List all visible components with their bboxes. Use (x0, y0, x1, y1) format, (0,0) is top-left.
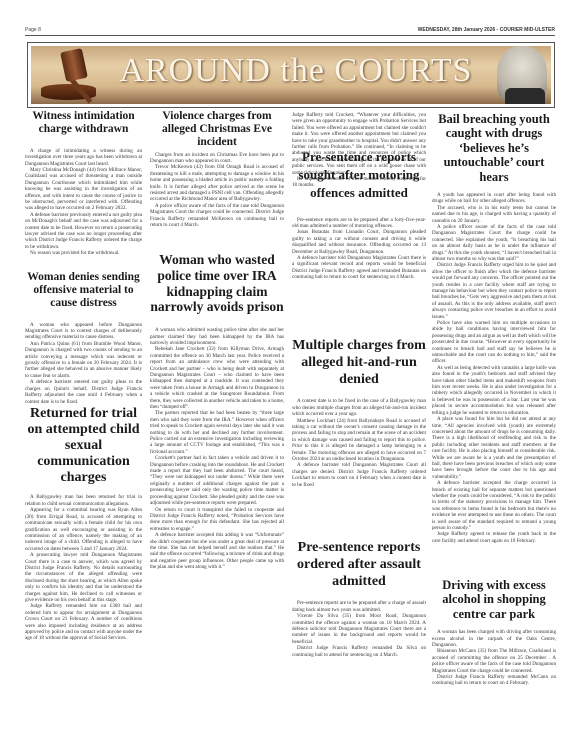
paragraph: Vicente Da Silva (35) from Moor Road, Du… (292, 613, 426, 645)
headline: Witness intimidation charge withdrawn (25, 110, 142, 136)
paragraph: Trevor McKeown (43) from Old Omagh Road … (150, 164, 284, 202)
judge-robe-icon (505, 88, 545, 104)
headline: Driving with excess alcohol in shopping … (432, 578, 556, 621)
gavel-head-icon (60, 48, 88, 82)
paragraph: The partner reported that he had been be… (150, 410, 284, 455)
headline: Multiple charges from alleged hit-and-ru… (292, 338, 426, 388)
paragraph: Appearing for a committal hearing was Ry… (25, 507, 142, 552)
paragraph: Judge Rafferty remanded him on £300 bail… (25, 603, 142, 641)
paragraph: A defence barrister accepted this adding… (150, 532, 284, 570)
paragraph: Ann Patrica Quinn (61) from Bramble Wood… (25, 341, 142, 379)
paragraph: Jonas Butautas from Lisnadin Court, Dung… (292, 229, 426, 255)
banner-title: AROUND the COURTS (111, 52, 481, 90)
paragraph: A prosecuting lawyer told Dungannon Magi… (25, 552, 142, 603)
paragraph: Judge Rafferty agreed to release the you… (432, 531, 556, 544)
story-returned: Returned for trial on attempted child se… (25, 406, 142, 642)
page-number: Page 8 (25, 27, 41, 33)
paragraph: A contest date is to be fixed in the cas… (292, 398, 426, 417)
paragraph: A charge of intimidating a witness durin… (25, 148, 142, 167)
section-banner: AROUND the COURTS (27, 42, 555, 108)
paragraph: Matthew Lockhart (24) from Ballynahaye R… (292, 418, 426, 463)
paragraph: Crockett's partner had in fact taken a v… (150, 455, 284, 506)
story-witness: Witness intimidation charge withdrawn A … (25, 110, 142, 257)
headline: Pre-sentence reports ordered after assau… (292, 540, 426, 590)
paragraph: A defence barrister entered not guilty p… (25, 379, 142, 405)
paragraph: District Judge Francis Rafferty remanded… (292, 645, 426, 658)
paragraph: Charges from an incident on Christmas Ev… (150, 152, 284, 165)
headline: Woman denies sending offensive material … (25, 271, 142, 310)
story-bail: Bail breaching youth caught with drugs ‘… (432, 112, 556, 544)
story-christmas: Violence charges from alleged Christmas … (150, 110, 284, 229)
dateline: WEDNESDAY, 28th January 2026 - COURIER M… (418, 27, 555, 33)
headline: Woman who wasted police time over IRA ki… (150, 252, 284, 315)
paragraph: No reason was provided for the withdrawa… (25, 250, 142, 256)
paragraph: Mary Christina McDonagh (44) from Millra… (25, 167, 142, 212)
paragraph: On return to court it transpired she fai… (150, 507, 284, 533)
paragraph: A defense barrister previously entered a… (25, 212, 142, 250)
paragraph: A defence barrister told Dungannon Magis… (292, 255, 426, 281)
headline: Violence charges from alleged Christmas … (150, 110, 284, 149)
story-driving: Driving with excess alcohol in shopping … (432, 578, 556, 687)
paragraph: District Judge Francis Rafferty remanded… (432, 674, 556, 687)
paragraph: District Judge Francis Rafferty urged hi… (432, 262, 556, 320)
headline: Pre-sentence reports sought after motori… (292, 148, 426, 203)
story-offensive: Woman denies sending offensive material … (25, 271, 142, 405)
page-header: Page 8 WEDNESDAY, 28th January 2026 - CO… (25, 26, 555, 36)
paragraph: Rhiannon McCann (35) from The Millrace, … (432, 648, 556, 674)
paragraph: A youth has appeared in court after bein… (432, 192, 556, 205)
story-hitrun: Multiple charges from alleged hit-and-ru… (292, 338, 426, 488)
paragraph: A woman has been charged with driving af… (432, 629, 556, 648)
banner-background: AROUND the COURTS (31, 46, 551, 104)
paragraph: A woman who appeared before Dungannon Ma… (25, 322, 142, 341)
paragraph: A woman who admitted wasting police time… (150, 327, 284, 346)
paragraph: A place was found for him but he did not… (432, 416, 556, 480)
headline: Bail breaching youth caught with drugs ‘… (432, 112, 556, 184)
paragraph: A defence barrister told Dungannon Magis… (292, 462, 426, 488)
paragraph: Pre-sentence reports are to be prepared … (292, 217, 426, 230)
headline: Returned for trial on attempted child se… (25, 406, 142, 486)
paragraph: A Ballygawley man has been returned for … (25, 494, 142, 507)
story-assault: Pre-sentence reports ordered after assau… (292, 540, 426, 658)
paragraph: A police officer aware of the facts of t… (432, 224, 556, 262)
paragraph: Rebekah Jane Crockett (32) from Killyman… (150, 346, 284, 410)
paragraph: As well as being detected with cannabis … (432, 365, 556, 416)
story-ira: Woman who wasted police time over IRA ki… (150, 252, 284, 571)
story-motoring: Pre-sentence reports sought after motori… (292, 148, 426, 281)
paragraph: A police officer aware of the facts of t… (150, 203, 284, 229)
paragraph: Pre-sentence reports are to be prepared … (292, 600, 426, 613)
paragraph: The accused, who is in his early teens b… (432, 205, 556, 224)
paragraph: Police have also warned him on multiple … (432, 320, 556, 365)
paragraph: A defence barrister accepted the charge … (432, 480, 556, 531)
